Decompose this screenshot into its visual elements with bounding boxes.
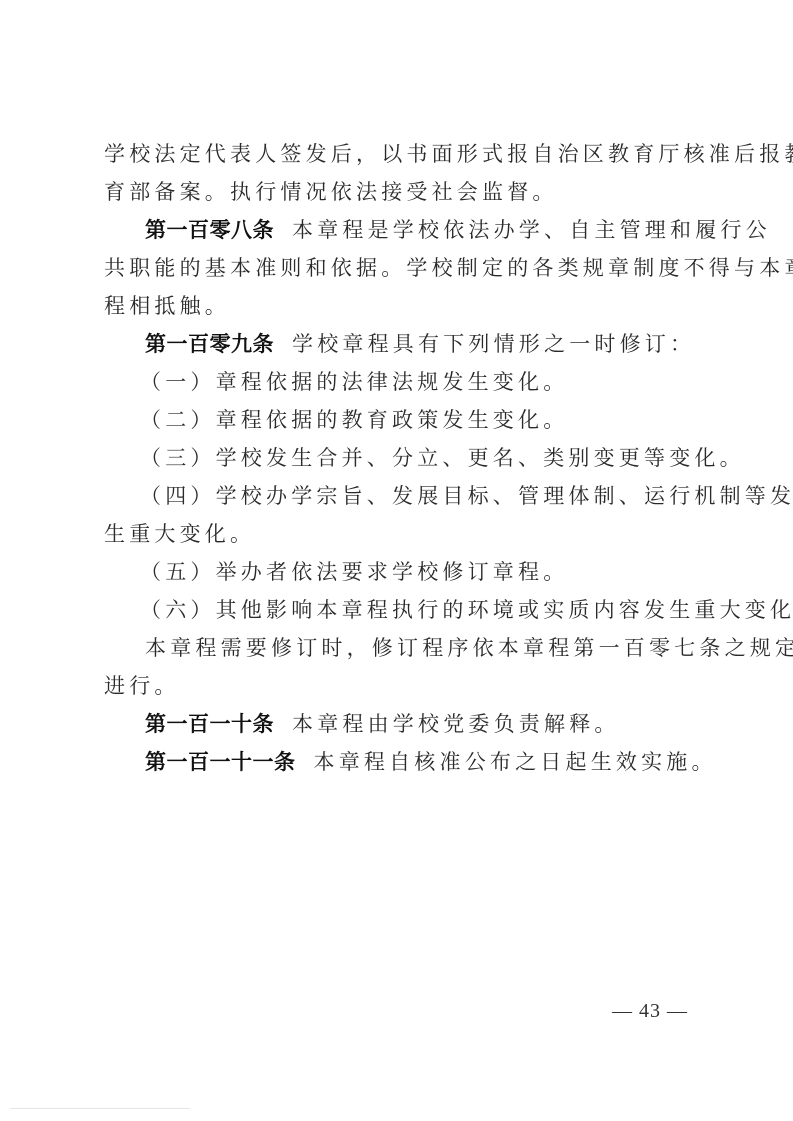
line-text: 育部备案。执行情况依法接受社会监督。 [104,180,558,204]
list-item: （五）举办者依法要求学校修订章程。 [140,558,568,586]
document-page: 学校法定代表人签发后，以书面形式报自治区教育厅核准后报教 育部备案。执行情况依法… [0,0,793,1121]
list-item: （三）学校发生合并、分立、更名、类别变更等变化。 [140,444,745,472]
article-number: 第一百一十一条 [145,750,296,774]
footer-rule [10,1108,190,1109]
line-text: 本章程是学校依法办学、自主管理和履行公 [292,218,771,242]
list-item: （四）学校办学宗旨、发展目标、管理体制、运行机制等发 [140,482,793,510]
article-108-heading: 第一百零八条本章程是学校依法办学、自主管理和履行公 [145,216,771,244]
line-text: 共职能的基本准则和依据。学校制定的各类规章制度不得与本章 [104,256,793,280]
text-line: 进行。 [104,672,180,700]
line-text: （二）章程依据的教育政策发生变化。 [140,408,568,432]
line-text: 进行。 [104,674,180,698]
page-number: — 43 — [612,1000,688,1023]
text-line: 学校法定代表人签发后，以书面形式报自治区教育厅核准后报教 [104,140,793,168]
line-text: （五）举办者依法要求学校修订章程。 [140,560,568,584]
text-line: 生重大变化。 [104,520,255,548]
line-text: 生重大变化。 [104,522,255,546]
line-text: 本章程需要修订时，修订程序依本章程第一百零七条之规定 [145,636,793,660]
article-109-heading: 第一百零九条学校章程具有下列情形之一时修订： [145,330,695,358]
line-text: （三）学校发生合并、分立、更名、类别变更等变化。 [140,446,745,470]
article-111-heading: 第一百一十一条本章程自核准公布之日起生效实施。 [145,748,717,776]
article-number: 第一百零九条 [145,332,274,356]
list-item: （六）其他影响本章程执行的环境或实质内容发生重大变化。 [140,596,793,624]
text-line: 本章程需要修订时，修订程序依本章程第一百零七条之规定 [145,634,793,662]
line-text: （六）其他影响本章程执行的环境或实质内容发生重大变化。 [140,598,793,622]
line-text: 本章程由学校党委负责解释。 [292,712,620,736]
article-number: 第一百零八条 [145,218,274,242]
text-line: 育部备案。执行情况依法接受社会监督。 [104,178,558,206]
line-text: （四）学校办学宗旨、发展目标、管理体制、运行机制等发 [140,484,793,508]
line-text: 本章程自核准公布之日起生效实施。 [314,750,717,774]
list-item: （一）章程依据的法律法规发生变化。 [140,368,568,396]
article-number: 第一百一十条 [145,712,274,736]
line-text: 学校章程具有下列情形之一时修订： [292,332,695,356]
line-text: （一）章程依据的法律法规发生变化。 [140,370,568,394]
text-line: 共职能的基本准则和依据。学校制定的各类规章制度不得与本章 [104,254,793,282]
list-item: （二）章程依据的教育政策发生变化。 [140,406,568,434]
line-text: 学校法定代表人签发后，以书面形式报自治区教育厅核准后报教 [104,142,793,166]
article-110-heading: 第一百一十条本章程由学校党委负责解释。 [145,710,620,738]
text-line: 程相抵触。 [104,292,230,320]
line-text: 程相抵触。 [104,294,230,318]
